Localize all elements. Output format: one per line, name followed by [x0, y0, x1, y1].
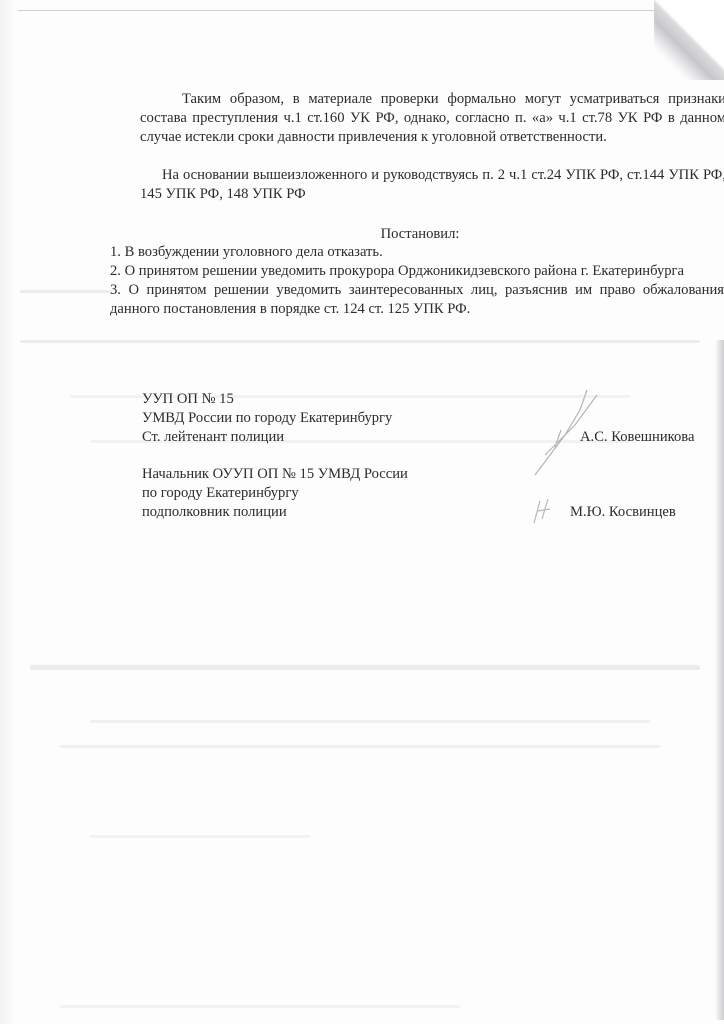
bleed-through-mark: [20, 290, 110, 293]
bleed-through-mark: [30, 665, 700, 670]
signatory-1-line: УМВД России по городу Екатеринбургу: [142, 409, 482, 428]
paragraph-text: На основании вышеизложенного и руководст…: [140, 166, 724, 204]
folded-corner: [654, 0, 724, 80]
signatory-1-line: УУП ОП № 15: [142, 390, 482, 409]
signatory-2-line: подполковник полиции: [142, 503, 502, 522]
bleed-through-mark: [20, 340, 700, 343]
paragraph-text: Таким образом, в материале проверки форм…: [140, 90, 724, 147]
bleed-through-mark: [90, 835, 310, 838]
scan-right-edge: [716, 340, 724, 1020]
resolution-list: 1. В возбуждении уголовного дела отказат…: [110, 243, 724, 319]
signatory-2-line: Начальник ОУУП ОП № 15 УМВД России: [142, 465, 502, 484]
bleed-through-mark: [60, 1005, 460, 1008]
paragraph-legal-basis: На основании вышеизложенного и руководст…: [140, 166, 724, 204]
resolution-item: 1. В возбуждении уголовного дела отказат…: [110, 243, 724, 262]
paragraph-conclusion: Таким образом, в материале проверки форм…: [140, 90, 724, 147]
signatory-2-line: по городу Екатеринбургу: [142, 484, 502, 503]
scan-left-shadow: [0, 0, 14, 1024]
signatory-1-line: Ст. лейтенант полиции: [142, 428, 482, 447]
scanned-page: Таким образом, в материале проверки форм…: [0, 0, 724, 1024]
scan-top-edge: [18, 10, 708, 11]
resolution-heading: Постановил:: [140, 225, 700, 244]
signatory-1-block: УУП ОП № 15 УМВД России по городу Екатер…: [142, 390, 482, 447]
resolution-item: 3. О принятом решении уведомить заинтере…: [110, 281, 724, 319]
signatory-2-block: Начальник ОУУП ОП № 15 УМВД России по го…: [142, 465, 502, 522]
signature-2-icon: [528, 495, 558, 525]
signatory-2-name: М.Ю. Косвинцев: [570, 503, 676, 522]
signature-1-icon: [525, 385, 605, 480]
bleed-through-mark: [90, 720, 650, 723]
bleed-through-mark: [60, 745, 660, 748]
resolution-item: 2. О принятом решении уведомить прокурор…: [110, 262, 724, 281]
